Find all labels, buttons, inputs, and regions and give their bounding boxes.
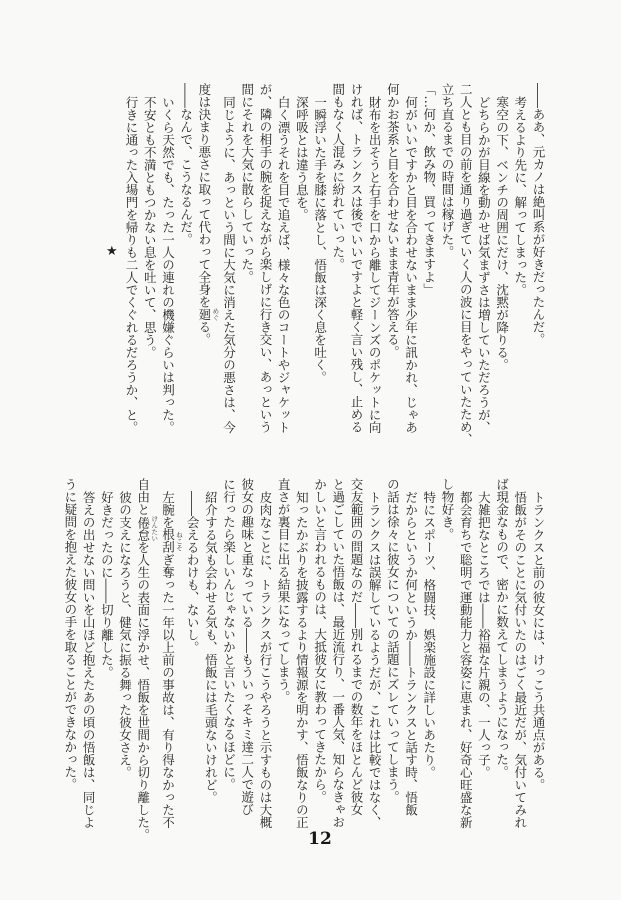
text-column: 直さが裏目に出る結果になってしまう。: [274, 478, 292, 846]
text-column: 大雑把なところでは――裕福な片親の、一人っ子。: [474, 478, 492, 846]
text-column: 悟飯がそのことに気付いたのはごく最近だが、気付いてみれ: [511, 478, 529, 846]
text-column: ――会えるわけも、ないし。: [183, 478, 201, 846]
text-column: 「…何か、飲み物、買ってきますよ」: [420, 83, 438, 435]
text-column: ――なんで、こうなるんだ。: [176, 83, 194, 435]
page-number: 12: [0, 829, 621, 849]
text-column: いくら天然でも、たった一人の連れの機嫌ぐらいは判った。: [158, 83, 176, 435]
text-column: 一瞬浮いた手を膝に落とし、悟飯は深く息を吐く。: [310, 83, 328, 435]
text-column: ――ああ、元カノは絶叫系が好きだったんだ。: [529, 83, 547, 435]
text-column: 度は決まり悪さに取って代わって全身を廻めぐる。: [195, 83, 220, 435]
text-column: 特にスポーツ、格闘技、娯楽施設に詳しいあたり。: [420, 478, 438, 846]
text-column: 答えの出せない問いを山ほど抱えたあの頃の悟飯は、同じよ: [79, 478, 97, 846]
text-column: 左腕を根刮ねこそぎ奪った一年以上前の事故は、有り得なかった不: [158, 478, 183, 846]
text-column: 深呼吸とは違う息を。: [292, 83, 310, 435]
text-column: の話は徐々に彼女についての話題にズレていってしまう。: [383, 478, 401, 846]
text-column: うに疑問を抱えた彼女の手を取ることができなかった。: [61, 478, 79, 846]
text-column: 間もなく人混みに紛れていった。: [329, 83, 347, 435]
text-column: が、隣の相手の腕を捉えながら楽しげに行き交い、あっという: [256, 83, 274, 435]
text-column: 都会育ちで聡明で運動能力と容姿に恵まれ、好奇心旺盛な新: [456, 478, 474, 846]
text-column: どちらかが目線を動かせば気まずさは増していただろうが、: [474, 83, 492, 435]
text-column: トランクスは誤解しているようだが、これは比較ではなく、: [365, 478, 383, 846]
text-column: ば現金なもので、密かに数えてしまうようになった。: [492, 478, 510, 846]
scanned-page: ――ああ、元カノは絶叫系が好きだったんだ。考えるより先に、解ってしまった。寒空の…: [0, 0, 621, 900]
text-column: 自由と倦怠けんたいを人生の表面に浮かせ、悟飯を世間から切り離した。: [134, 478, 159, 846]
text-column: し物好き。: [438, 478, 456, 846]
text-block-bottom: トランクスと前の彼女には、けっこう共通点がある。悟飯がそのことに気付いたのはごく…: [61, 478, 547, 846]
text-column: トランクスと前の彼女には、けっこう共通点がある。: [529, 478, 547, 846]
text-column: 知ったかぶりを披露するより情報源を明かす、悟飯なりの正: [292, 478, 310, 846]
text-column: 彼の支えになろうと、健気に振る舞った彼女さえ。: [115, 478, 133, 846]
text-column: だからというか何というか――トランクスと話す時、悟飯: [401, 478, 419, 846]
text-column: 何がいいですかと目を合わせないまま少年に訊かれ、じゃあ: [401, 83, 419, 435]
text-column: 寒空の下、ベンチの周囲にだけ、沈黙が降りる。: [492, 83, 510, 435]
text-column: 二人とも目の前を通り過ぎていく人の波に目をやっていたため、: [456, 83, 474, 435]
text-column: 不安とも不満ともつかない息を吐いて、思う。: [140, 83, 158, 435]
text-column: 彼女の趣味と重なっている――もういっそキミ達二人で遊び: [238, 478, 256, 846]
text-column: に行ったら楽しいんじゃないかと言いたくなるほどに。: [219, 478, 237, 846]
text-column: 白く漂うそれを目で追えば、様々な色のコートやジャケット: [274, 83, 292, 435]
text-column: 考えるより先に、解ってしまった。: [511, 83, 529, 435]
text-column: ければ、トランクスは後でいいですよと軽く言い残し、止める: [347, 83, 365, 435]
text-column: 同じように、あっという間に大気に消えた気分の悪さは、今: [219, 83, 237, 435]
text-column: 好きだったのに――切り離した。: [97, 478, 115, 846]
text-column: 間にそれを大気に散らしていった。: [238, 83, 256, 435]
text-column: 立ち直るまでの時間は稼げた。: [438, 83, 456, 435]
text-column: 何かお茶系と目を合わせないまま青年が答える。: [383, 83, 401, 435]
text-column: 紹介する気も会わせる気も、悟飯には毛頭ないけれど。: [201, 478, 219, 846]
text-column: 皮肉なことに、トランクスが行こうやろうと示すものは大概: [256, 478, 274, 846]
text-column: 行きに通った入場門を帰りも二人でくぐれるだろうか、と。: [122, 83, 140, 435]
section-divider-star-icon: ★: [106, 244, 118, 259]
text-block-top: ――ああ、元カノは絶叫系が好きだったんだ。考えるより先に、解ってしまった。寒空の…: [122, 83, 547, 435]
text-column: と過ごしていた悟飯は、最近流行り、一番人気、知らなきゃお: [329, 478, 347, 846]
text-column: 交友範囲の問題なのだ――別れるまでの数年をほとんど彼女: [347, 478, 365, 846]
text-column: かしいと言われるものは、大抵彼女に教わってきたから。: [310, 478, 328, 846]
text-column: 財布を出そうと右手を口から離してジーンズのポケットに向: [365, 83, 383, 435]
